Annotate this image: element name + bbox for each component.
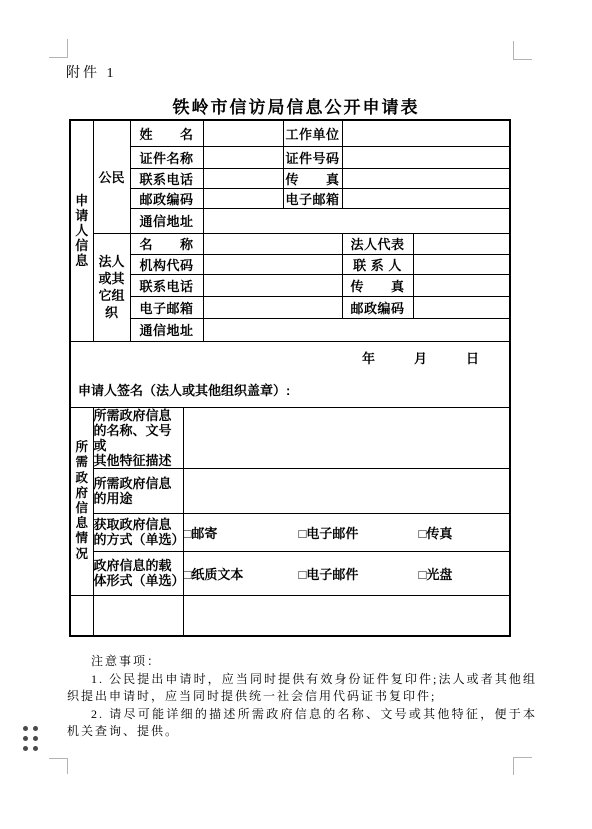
grip-dot [23, 746, 28, 751]
citizen-subsection-header: 公民 [93, 120, 130, 233]
format-option-paper[interactable]: □纸质文本 [184, 564, 299, 583]
application-form-table: 申请人信息 公民 姓 名 工作单位 证件名称 证件号码 联系电话 传 真 邮政编… [69, 119, 511, 637]
request-section-header: 所需政府信息情况 [70, 407, 93, 595]
citizen-idnumber-value-cell[interactable] [342, 146, 510, 168]
margin-crop-mark-bottom-right [513, 757, 532, 775]
citizen-email-value-cell[interactable] [342, 188, 510, 208]
org-legalrep-value-cell[interactable] [413, 233, 510, 254]
format-option-disc-label: 光盘 [426, 567, 452, 582]
request-format-label: 政府信息的载 体形式（单选） [93, 551, 183, 595]
signature-label: 申请人签名（法人或其他组织盖章）: [78, 380, 290, 399]
page-title: 铁岭市信访局信息公开申请表 [0, 93, 592, 118]
notes-heading: 注意事项： [67, 653, 537, 671]
margin-crop-mark-top-left [49, 39, 68, 58]
request-method-options-cell: □邮寄□电子邮件□传真 [183, 513, 510, 551]
grip-dot [33, 746, 38, 751]
notes-item-2: 2. 请尽可能详细的描述所需政府信息的名称、文号或其他特征，便于本机关查询、提供… [67, 706, 537, 741]
org-email-label: 电子邮箱 [130, 296, 203, 318]
document-page: 附件 1 铁岭市信访局信息公开申请表 申请人信息 公民 姓 名 工作单位 证件名… [0, 0, 592, 829]
citizen-idnumber-label: 证件号码 [283, 146, 342, 168]
method-option-mail-label: 邮寄 [191, 526, 217, 541]
grip-dot [23, 736, 28, 741]
format-option-email-label: 电子邮件 [306, 567, 358, 582]
attachment-label: 附件 1 [66, 62, 117, 82]
citizen-idtype-label: 证件名称 [130, 146, 203, 168]
request-description-label: 所需政府信息 的名称、文号或 其他特征描述 [93, 407, 183, 468]
citizen-workunit-value-cell[interactable] [342, 120, 510, 146]
org-subsection-header: 法人或其它组织 [93, 233, 130, 341]
org-address-value-cell[interactable] [203, 318, 510, 341]
method-option-mail[interactable]: □邮寄 [184, 523, 299, 542]
org-phone-label: 联系电话 [130, 274, 203, 296]
org-name-label: 名 称 [130, 233, 203, 254]
citizen-fax-value-cell[interactable] [342, 168, 510, 188]
empty-label-cell [93, 595, 183, 636]
citizen-phone-value-cell[interactable] [203, 168, 283, 188]
citizen-name-value-cell[interactable] [203, 120, 283, 146]
citizen-address-value-cell[interactable] [203, 208, 510, 233]
format-option-paper-label: 纸质文本 [191, 567, 243, 582]
notes-section: 注意事项： 1. 公民提出申请时，应当同时提供有效身份证件复印件;法人或者其他组… [67, 653, 537, 741]
grip-dot [23, 726, 28, 731]
org-legalrep-label: 法人代表 [342, 233, 413, 254]
citizen-email-label: 电子邮箱 [283, 188, 342, 208]
grip-dot [33, 736, 38, 741]
margin-crop-mark-bottom-left [49, 758, 68, 774]
org-code-value-cell[interactable] [203, 254, 342, 274]
format-option-disc[interactable]: □光盘 [419, 564, 453, 583]
org-contact-value-cell[interactable] [413, 254, 510, 274]
citizen-phone-label: 联系电话 [130, 168, 203, 188]
grip-dots-icon[interactable] [23, 726, 38, 751]
signature-cell[interactable]: 申请人签名（法人或其他组织盖章）: 年 月 日 [70, 341, 510, 407]
citizen-postcode-value-cell[interactable] [203, 188, 283, 208]
org-fax-value-cell[interactable] [413, 274, 510, 296]
request-purpose-value-cell[interactable] [183, 468, 510, 513]
org-name-value-cell[interactable] [203, 233, 342, 254]
method-option-email[interactable]: □电子邮件 [299, 523, 419, 542]
method-option-fax-label: 传真 [426, 526, 452, 541]
citizen-name-label: 姓 名 [130, 120, 203, 146]
org-email-value-cell[interactable] [203, 296, 342, 318]
org-fax-label: 传 真 [342, 274, 413, 296]
request-purpose-label: 所需政府信息 的用途 [93, 468, 183, 513]
org-contact-label: 联 系 人 [342, 254, 413, 274]
format-option-email[interactable]: □电子邮件 [299, 564, 419, 583]
org-postcode-label: 邮政编码 [342, 296, 413, 318]
citizen-fax-label: 传 真 [283, 168, 342, 188]
empty-cell [70, 595, 93, 636]
empty-value-cell[interactable] [183, 595, 510, 636]
grip-dot [33, 726, 38, 731]
method-option-email-label: 电子邮件 [306, 526, 358, 541]
applicant-section-header: 申请人信息 [70, 120, 93, 341]
notes-item-1: 1. 公民提出申请时，应当同时提供有效身份证件复印件;法人或者其他组织提出申请时… [67, 671, 537, 706]
method-option-fax[interactable]: □传真 [419, 523, 453, 542]
org-postcode-value-cell[interactable] [413, 296, 510, 318]
signature-date-line: 年 月 日 [362, 348, 479, 367]
citizen-postcode-label: 邮政编码 [130, 188, 203, 208]
margin-crop-mark-top-right [513, 41, 532, 60]
request-method-label: 获取政府信息 的方式（单选） [93, 513, 183, 551]
org-phone-value-cell[interactable] [203, 274, 342, 296]
request-description-value-cell[interactable] [183, 407, 510, 468]
org-address-label: 通信地址 [130, 318, 203, 341]
org-code-label: 机构代码 [130, 254, 203, 274]
citizen-idtype-value-cell[interactable] [203, 146, 283, 168]
request-format-options-cell: □纸质文本□电子邮件□光盘 [183, 551, 510, 595]
citizen-address-label: 通信地址 [130, 208, 203, 233]
citizen-workunit-label: 工作单位 [283, 120, 342, 146]
